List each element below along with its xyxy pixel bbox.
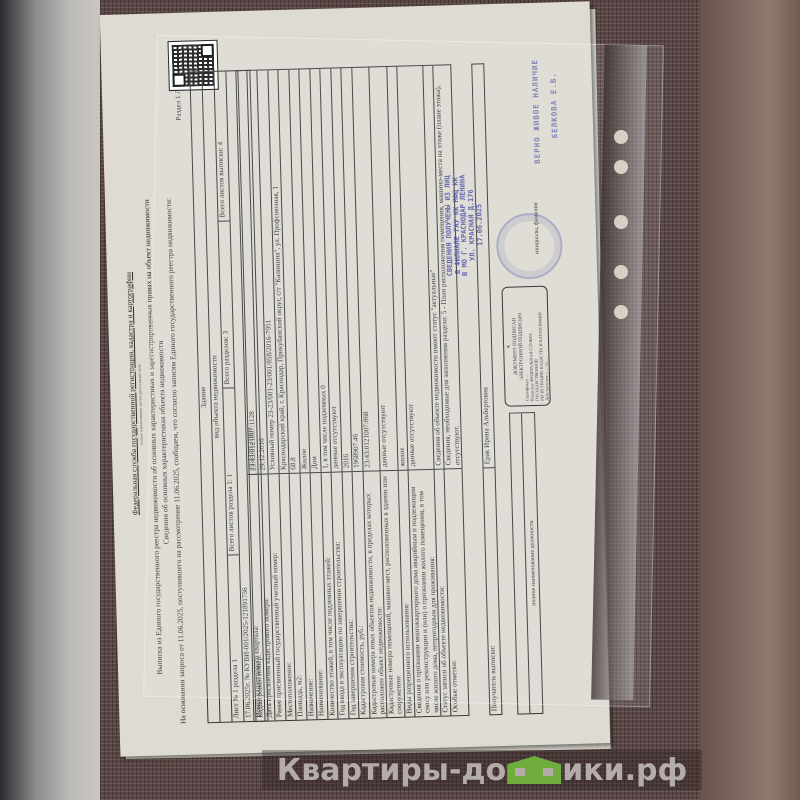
site-watermark: Квартиры-до ики.рф	[262, 750, 702, 790]
watermark-text-end: ики.рф	[562, 753, 687, 788]
punch-hole	[614, 265, 628, 279]
punch-hole	[614, 305, 628, 319]
background-blur-right	[700, 0, 800, 800]
plastic-sleeve	[143, 35, 664, 707]
watermark-text-start: Квартиры-до	[277, 753, 507, 788]
punch-hole	[614, 160, 628, 174]
house-logo-icon	[507, 756, 561, 784]
punch-hole	[614, 130, 628, 144]
background-blur-left	[0, 0, 100, 800]
agency-caption: полное наименование органа регистрации п…	[138, 364, 145, 445]
punch-hole	[614, 215, 628, 229]
